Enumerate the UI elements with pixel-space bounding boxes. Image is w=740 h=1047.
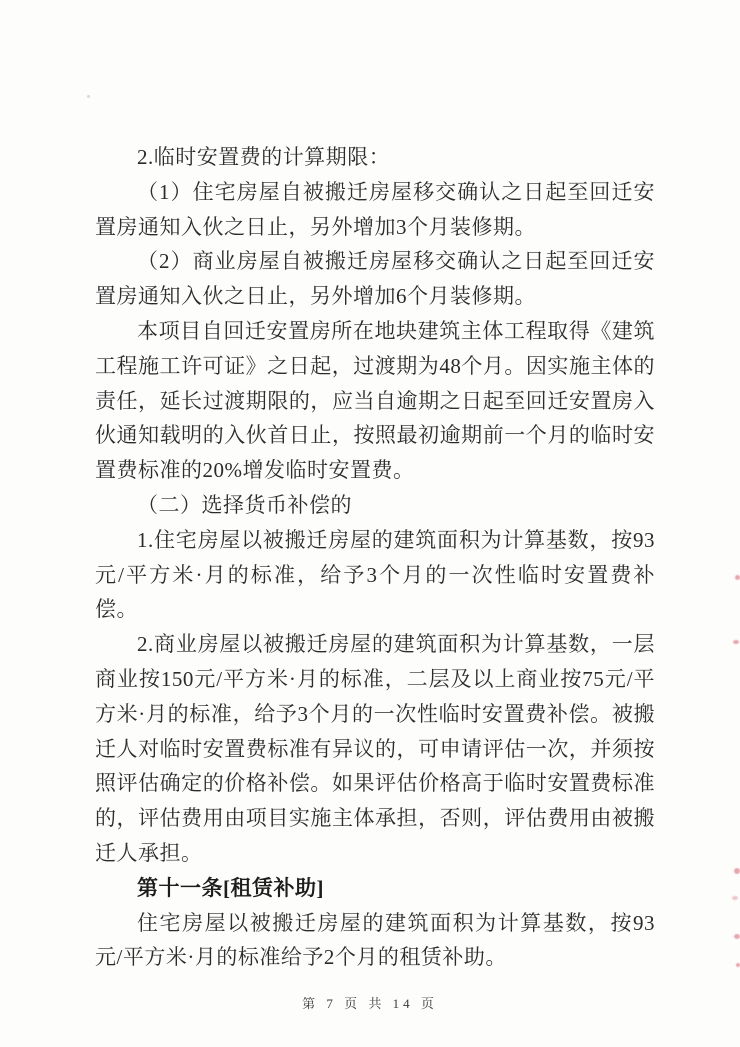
article-11-heading: 第十一条[租赁补助] [95,871,655,906]
paragraph-monetary-compensation-heading: （二）选择货币补偿的 [95,488,655,523]
paragraph-commercial-compensation: 2.商业房屋以被搬迁房屋的建筑面积为计算基数，一层商业按150元/平方米·月的标… [95,627,655,871]
red-scan-artifact [735,575,740,580]
red-scan-artifact [736,963,740,967]
paragraph-transition-period: 本项目自回迁安置房所在地块建筑主体工程取得《建筑工程施工许可证》之日起，过渡期为… [95,314,655,488]
red-scan-artifact [734,868,740,874]
scanned-document-page: 2.临时安置费的计算期限： （1）住宅房屋自被搬迁房屋移交确认之日起至回迁安置房… [0,0,740,1047]
dust-speck [87,95,90,98]
paragraph-residential-compensation: 1.住宅房屋以被搬迁房屋的建筑面积为计算基数，按93元/平方米·月的标准，给予3… [95,523,655,627]
page-number-footer: 第 7 页 共 14 页 [0,993,740,1012]
red-scan-artifact [734,934,740,939]
document-body: 2.临时安置费的计算期限： （1）住宅房屋自被搬迁房屋移交确认之日起至回迁安置房… [95,140,655,975]
red-scan-artifact [733,640,739,644]
paragraph-rental-subsidy: 住宅房屋以被搬迁房屋的建筑面积为计算基数，按93元/平方米·月的标准给予2个月的… [95,906,655,976]
red-scan-artifact [732,896,738,900]
paragraph-commercial-period: （2）商业房屋自被搬迁房屋移交确认之日起至回迁安置房通知入伙之日止，另外增加6个… [95,244,655,314]
paragraph-calc-period-heading: 2.临时安置费的计算期限： [95,140,655,175]
paragraph-residential-period: （1）住宅房屋自被搬迁房屋移交确认之日起至回迁安置房通知入伙之日止，另外增加3个… [95,175,655,245]
